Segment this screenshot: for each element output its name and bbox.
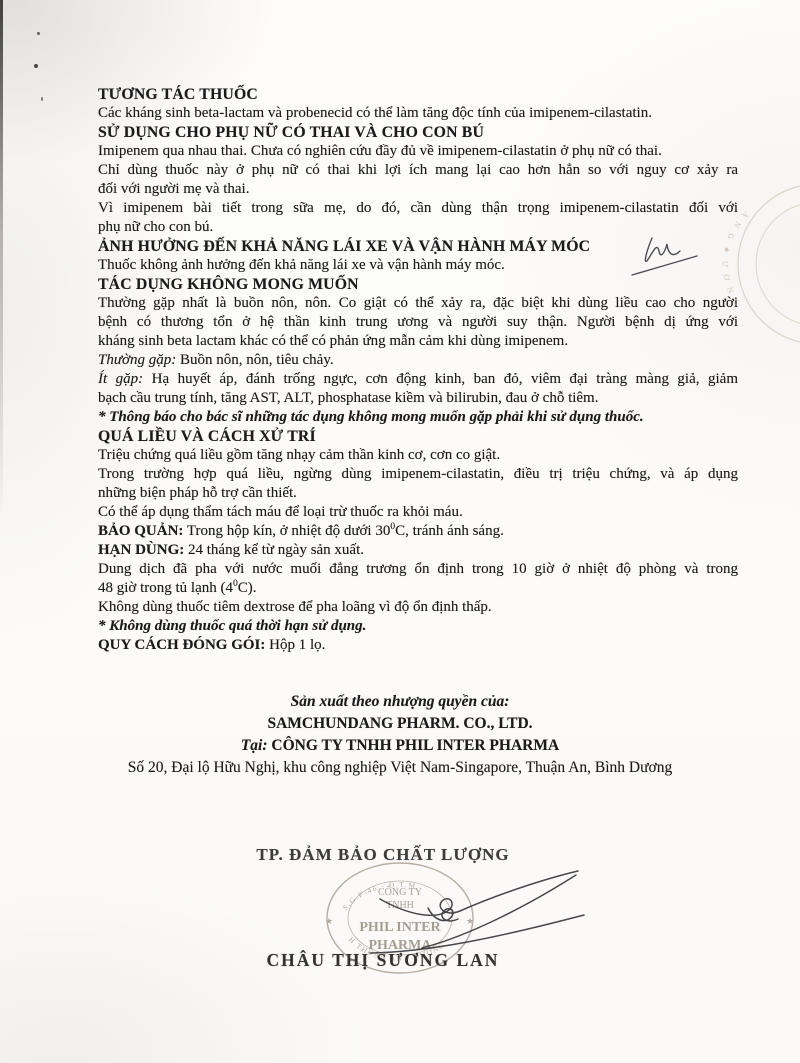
side-stamp-glyphs: A N G ★ Ư Ơ N G xyxy=(721,210,751,310)
text-line: HẠN DÙNG: 24 tháng kể từ ngày sản xuất. xyxy=(98,541,738,560)
text-line: bạch cầu trung tính, tăng AST, ALT, phos… xyxy=(98,389,738,408)
text-line: những biện pháp hỗ trợ cần thiết. xyxy=(98,484,738,503)
text-line: SỬ DỤNG CHO PHỤ NỮ CÓ THAI VÀ CHO CON BÚ xyxy=(98,123,738,142)
text-line: TƯƠNG TÁC THUỐC xyxy=(98,85,738,104)
scan-edge-shadow xyxy=(0,0,3,520)
text-line: Chỉ dùng thuốc này ở phụ nữ có thai khi … xyxy=(98,161,738,180)
text-line: đối với người mẹ và thai. xyxy=(98,180,738,199)
text-line: Số 20, Đại lộ Hữu Nghị, khu công nghiệp … xyxy=(80,757,720,779)
text-line: BẢO QUẢN: Trong hộp kín, ở nhiệt độ dưới… xyxy=(98,522,738,541)
text-line: QUY CÁCH ĐÓNG GÓI: Hộp 1 lọ. xyxy=(98,636,738,655)
stamp-star-left: ★ xyxy=(325,916,333,926)
body-lines: TƯƠNG TÁC THUỐCCác kháng sinh beta-lacta… xyxy=(98,85,738,655)
ink-speck xyxy=(41,97,43,101)
text-line: Vì imipenem bài tiết trong sữa mẹ, do đó… xyxy=(98,199,738,218)
ink-speck xyxy=(34,64,38,68)
text-line: Imipenem qua nhau thai. Chưa có nghiên c… xyxy=(98,142,738,161)
footer-lines: Sản xuất theo nhượng quyền của:SAMCHUNDA… xyxy=(80,691,720,779)
text-line: Trong trường hợp quá liều, ngừng dùng im… xyxy=(98,465,738,484)
text-line: bệnh có thương tổn ở hệ thần kinh trung … xyxy=(98,313,738,332)
text-line: SAMCHUNDANG PHARM. CO., LTD. xyxy=(80,713,720,735)
stamp-star-right: ★ xyxy=(466,916,474,926)
text-line: Có thể áp dụng thẩm tách máu để loại trừ… xyxy=(98,503,738,522)
text-line: Các kháng sinh beta-lactam và probenecid… xyxy=(98,104,738,123)
text-line: QUÁ LIỀU VÀ CÁCH XỬ TRÍ xyxy=(98,427,738,446)
stamp-line-1: CÔNG TY xyxy=(378,886,422,898)
side-stamp: A N G ★ Ư Ơ N G xyxy=(718,172,800,357)
text-line: * Không dùng thuốc quá thời hạn sử dụng. xyxy=(98,617,738,636)
text-line: Dung dịch đã pha với nước muối đẳng trươ… xyxy=(98,560,738,579)
qa-signer-name: CHÂU THỊ SƯƠNG LAN xyxy=(83,950,683,971)
ink-speck xyxy=(37,32,40,35)
text-line: kháng sinh beta lactam khác có thể có ph… xyxy=(98,332,738,351)
text-line: 48 giờ trong tủ lạnh (40C). xyxy=(98,579,738,598)
handwritten-initials xyxy=(622,230,707,285)
stamp-line-3: PHIL INTER xyxy=(359,920,441,935)
text-line: Ít gặp: Hạ huyết áp, đánh trống ngực, cơ… xyxy=(98,370,738,389)
text-line: Triệu chứng quá liều gồm tăng nhạy cảm t… xyxy=(98,446,738,465)
scanned-drug-leaflet-page: TƯƠNG TÁC THUỐCCác kháng sinh beta-lacta… xyxy=(0,0,800,1063)
text-line: Tại: CÔNG TY TNHH PHIL INTER PHARMA xyxy=(80,735,720,757)
text-line: * Thông báo cho bác sĩ những tác dụng kh… xyxy=(98,408,738,427)
text-line: Thường gặp nhất là buồn nôn, nôn. Co giậ… xyxy=(98,294,738,313)
text-line: Không dùng thuốc tiêm dextrose để pha lo… xyxy=(98,598,738,617)
text-line: Thường gặp: Buồn nôn, nôn, tiêu chảy. xyxy=(98,351,738,370)
text-line: Sản xuất theo nhượng quyền của: xyxy=(80,691,720,713)
